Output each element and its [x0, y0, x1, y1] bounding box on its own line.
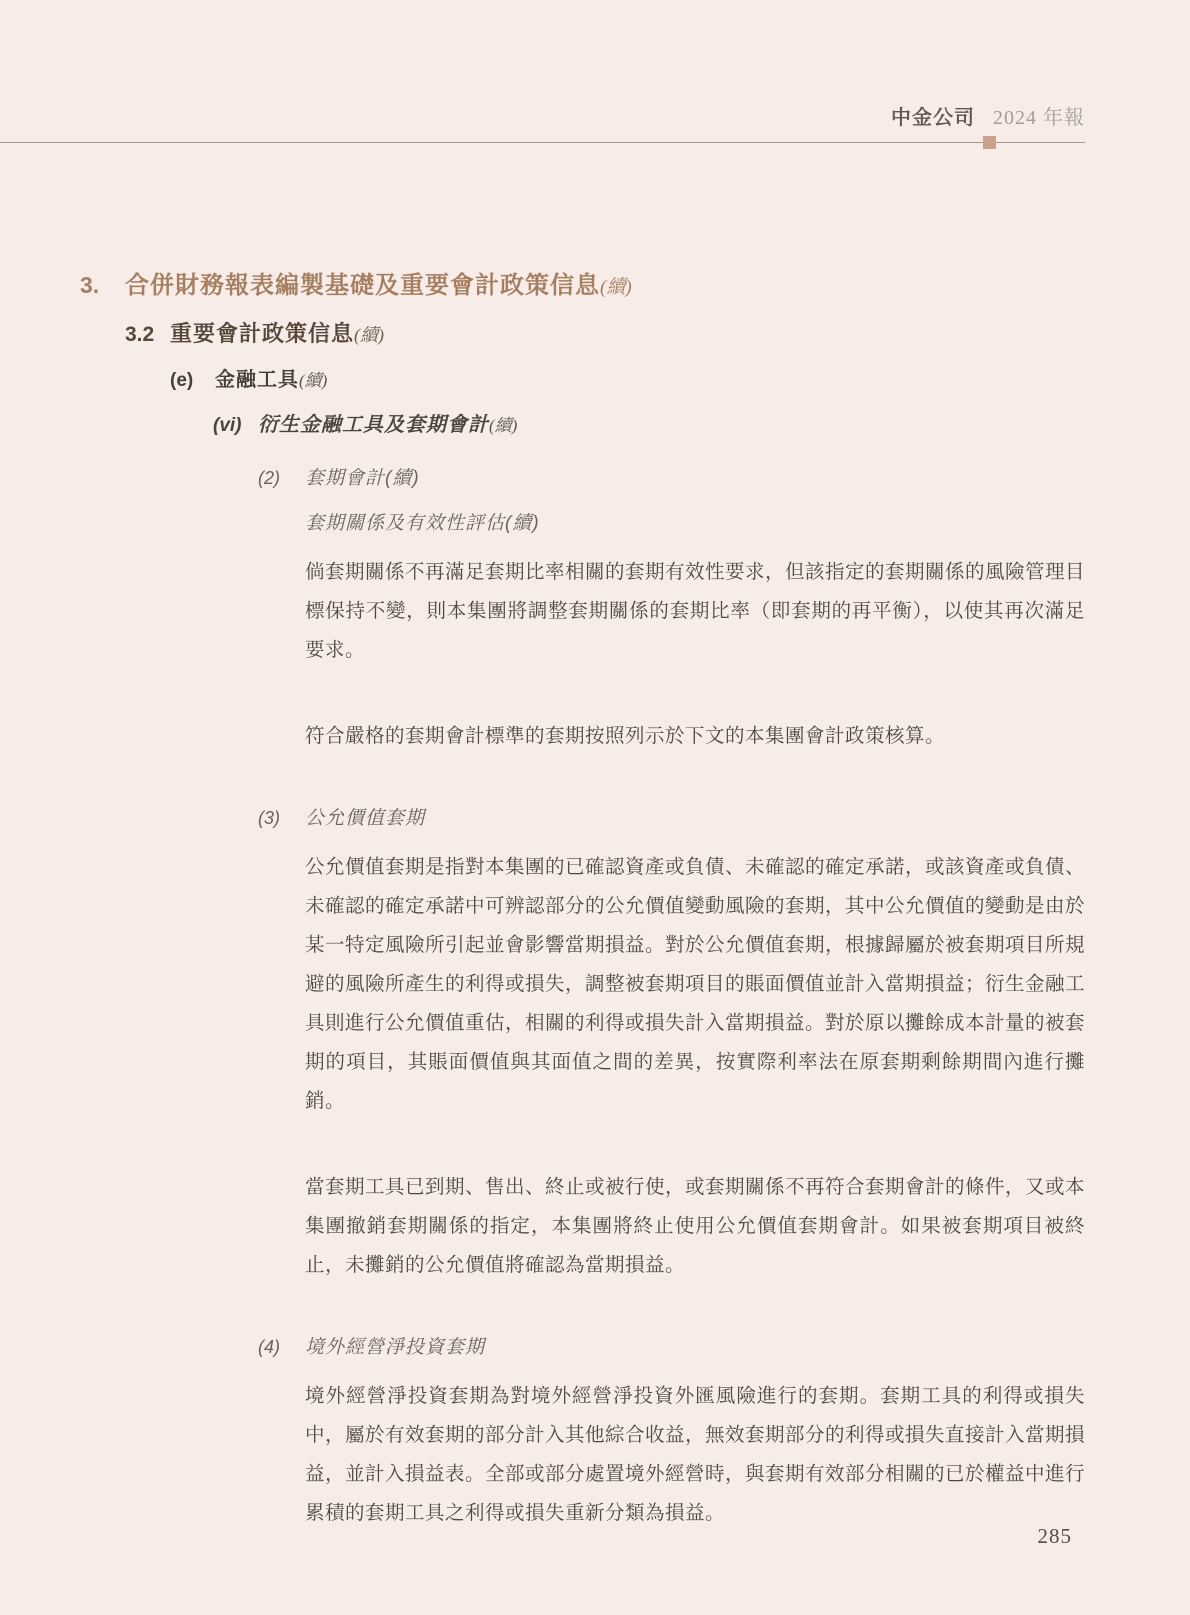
heading-number: (e) — [170, 370, 215, 392]
heading-continued-marker: (續) — [489, 416, 517, 435]
subsection-title: 公允價值套期 — [305, 803, 425, 830]
heading-title: 合併財務報表編製基礎及重要會計政策信息 — [125, 272, 600, 299]
spacer — [258, 781, 1190, 803]
heading-number: (vi) — [213, 415, 258, 437]
heading-continued-marker: (續) — [354, 325, 384, 345]
report-year: 2024 年報 — [993, 107, 1085, 129]
subsection-title: 套期會計(續) — [305, 463, 420, 490]
paragraph: 倘套期關係不再滿足套期比率相關的套期有效性要求，但該指定的套期關係的風險管理目標… — [305, 553, 1085, 670]
subsection-heading: (2) 套期會計(續) — [258, 463, 1190, 490]
header-rule — [0, 142, 1085, 143]
company-name: 中金公司 — [891, 107, 975, 129]
document-page: 中金公司2024 年報 3. 合併財務報表編製基礎及重要會計政策信息(續) 3.… — [0, 0, 1190, 1615]
subsection-subtitle: 套期關係及有效性評估(續) — [305, 508, 1190, 535]
spacer — [258, 1310, 1190, 1332]
subsection-4-net-investment-hedge: (4) 境外經營淨投資套期 境外經營淨投資套期為對境外經營淨投資外匯風險進行的套… — [258, 1332, 1190, 1533]
section-heading-vi: (vi) 衍生金融工具及套期會計(續) — [213, 408, 1190, 437]
section-heading-3: 3. 合併財務報表編製基礎及重要會計政策信息(續) — [80, 265, 1190, 300]
heading-number: 3.2 — [125, 323, 170, 347]
subsection-number: (4) — [258, 1337, 305, 1358]
spacer — [258, 695, 1190, 717]
subsection-title: 境外經營淨投資套期 — [305, 1332, 485, 1359]
heading-title: 衍生金融工具及套期會計 — [258, 414, 489, 436]
heading-number: 3. — [80, 272, 125, 299]
subsection-number: (2) — [258, 468, 305, 489]
subsection-3-fair-value-hedge: (3) 公允價值套期 公允價值套期是指對本集團的已確認資產或負債、未確認的確定承… — [258, 803, 1190, 1332]
subsection-heading: (4) 境外經營淨投資套期 — [258, 1332, 1190, 1359]
subsection-number: (3) — [258, 808, 305, 829]
section-heading-3-2: 3.2 重要會計政策信息(續) — [125, 317, 1190, 348]
paragraph: 境外經營淨投資套期為對境外經營淨投資外匯風險進行的套期。套期工具的利得或損失中，… — [305, 1377, 1085, 1533]
page-number: 285 — [1038, 1524, 1073, 1549]
paragraph: 公允價值套期是指對本集團的已確認資產或負債、未確認的確定承諾，或該資產或負債、未… — [305, 848, 1085, 1121]
main-content: 3. 合併財務報表編製基礎及重要會計政策信息(續) 3.2 重要會計政策信息(續… — [0, 265, 1190, 1558]
header-rule-marker — [983, 136, 996, 149]
heading-title: 重要會計政策信息 — [170, 321, 354, 346]
page-header: 中金公司2024 年報 — [891, 101, 1085, 130]
heading-continued-marker: (續) — [600, 277, 632, 298]
spacer — [258, 1146, 1190, 1168]
subsection-heading: (3) 公允價值套期 — [258, 803, 1190, 830]
heading-title: 金融工具 — [215, 369, 299, 391]
subsection-2-hedge-accounting: (2) 套期會計(續) 套期關係及有效性評估(續) 倘套期關係不再滿足套期比率相… — [258, 463, 1190, 803]
section-heading-e: (e) 金融工具(續) — [170, 363, 1190, 392]
heading-continued-marker: (續) — [299, 371, 327, 390]
paragraph: 符合嚴格的套期會計標準的套期按照列示於下文的本集團會計政策核算。 — [305, 717, 1085, 756]
paragraph: 當套期工具已到期、售出、終止或被行使，或套期關係不再符合套期會計的條件，又或本集… — [305, 1168, 1085, 1285]
